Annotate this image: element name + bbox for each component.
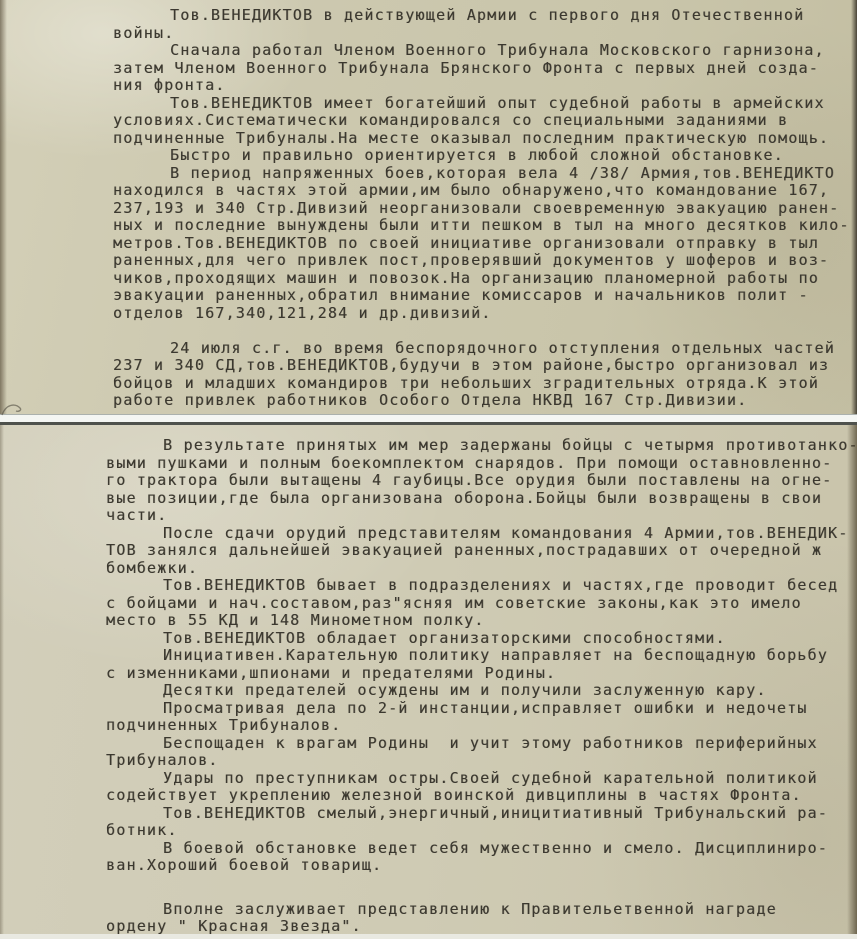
text-line: Тов.ВЕНЕДИКТОВ имеет богатейший опыт суд…: [0, 95, 855, 113]
text-line: ТОВ занялся дальнейшей эвакуацией раненн…: [0, 542, 855, 560]
text-line: подчиненных Трибуналов.: [0, 717, 855, 735]
text-line: части.: [0, 507, 855, 525]
text-line: Быстро и правильно ориентируется в любой…: [0, 147, 855, 165]
text-line: раненных,для чего привлек пост,проверявш…: [0, 252, 855, 270]
text-line: Вполне заслуживает представлению к Прави…: [0, 901, 855, 919]
typewritten-text-bottom: В результате принятых им мер задержаны б…: [0, 437, 855, 936]
text-line: Десятки предателей осуждены им и получил…: [0, 682, 855, 700]
text-line: бомбежки.: [0, 560, 855, 578]
text-line: с бойцами и нач.составом,раз"ясняя им со…: [0, 595, 855, 613]
text-line: условиях.Систематически командировался с…: [0, 112, 855, 130]
scan-fragments-divider: [0, 414, 857, 425]
text-line: выми пушками и полным боекомплектом снар…: [0, 455, 855, 473]
text-line: ван.Хороший боевой товарищ.: [0, 857, 855, 875]
text-line: 237 и 340 СД,тов.ВЕНЕДИКТОВ,будучи в это…: [0, 357, 855, 375]
scan-fragment-top: Тов.ВЕНЕДИКТОВ в действующей Армии с пер…: [0, 0, 857, 414]
text-line: В период напряженных боев,которая вела 4…: [0, 165, 855, 183]
text-line: Тов.ВЕНЕДИКТОВ бывает в подразделениях и…: [0, 577, 855, 595]
text-line: метров.Тов.ВЕНЕДИКТОВ по своей инициатив…: [0, 235, 855, 253]
text-line: Тов.ВЕНЕДИКТОВ в действующей Армии с пер…: [0, 7, 855, 25]
text-line: В боевой обстановке ведет себя мужествен…: [0, 840, 855, 858]
text-line: отделов 167,340,121,284 и др.дивизий.: [0, 305, 855, 323]
text-line: затем Членом Военного Трибунала Брянског…: [0, 60, 855, 78]
text-line: Тов.ВЕНЕДИКТОВ смелый,энергичный,иницити…: [0, 805, 855, 823]
text-line: Беспощаден к врагам Родины и учит этому …: [0, 735, 855, 753]
text-line: го трактора были вытащены 4 гаубицы.Все …: [0, 472, 855, 490]
text-line: бойцов и младших командиров три небольши…: [0, 375, 855, 393]
text-line: Сначала работал Членом Военного Трибунал…: [0, 42, 855, 60]
text-line: вые позиции,где была организована оборон…: [0, 490, 855, 508]
text-line: ботник.: [0, 822, 855, 840]
text-line: чиков,проходящих машин и повозок.На орга…: [0, 270, 855, 288]
text-line: ния фронта.: [0, 77, 855, 95]
text-line: 24 июля с.г. во время беспорядочного отс…: [0, 340, 855, 358]
text-line: эвакуации раненных,обратил внимание коми…: [0, 287, 855, 305]
text-line: ных и последние вынуждены были итти пешк…: [0, 217, 855, 235]
scan-fragment-bottom: В результате принятых им мер задержаны б…: [0, 425, 857, 939]
text-line: содействует укреплению железной воинской…: [0, 787, 855, 805]
text-line: Просматривая дела по 2-й инстанции,испра…: [0, 700, 855, 718]
text-line: 237,193 и 340 Стр.Дивизий неорганизовали…: [0, 200, 855, 218]
text-line: В результате принятых им мер задержаны б…: [0, 437, 855, 455]
text-line: подчиненные Трибуналы.На месте оказывал …: [0, 130, 855, 148]
text-line: Тов.ВЕНЕДИКТОВ обладает организаторскими…: [0, 630, 855, 648]
text-line: После сдачи орудий представителям команд…: [0, 525, 855, 543]
text-line: Трибуналов.: [0, 752, 855, 770]
typewritten-text-top: Тов.ВЕНЕДИКТОВ в действующей Армии с пер…: [0, 7, 855, 410]
text-line: место в 55 КД и 148 Минометном полку.: [0, 612, 855, 630]
scan-edge-bottom: [0, 934, 857, 939]
text-line: войны.: [0, 25, 855, 43]
text-line: Инициативен.Карательную политику направл…: [0, 647, 855, 665]
text-line: Удары по преступникам остры.Своей судебн…: [0, 770, 855, 788]
pen-mark: [1, 401, 33, 419]
text-line: с изменниками,шпионами и предателями Род…: [0, 665, 855, 683]
text-line: находился в частях этой армии,им было об…: [0, 182, 855, 200]
text-line: работе привлек работников Особого Отдела…: [0, 392, 855, 410]
